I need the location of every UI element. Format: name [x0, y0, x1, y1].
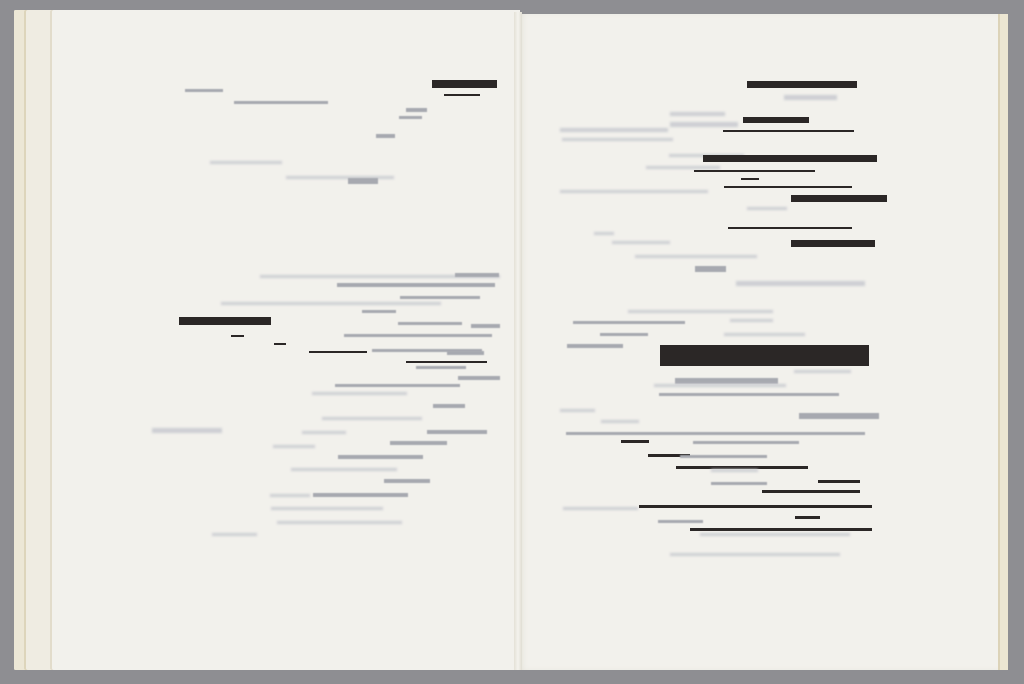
right-page	[518, 14, 1008, 670]
left-redaction-bar	[309, 351, 367, 353]
right-redaction-bar	[654, 384, 786, 387]
right-redaction-bar	[693, 441, 799, 444]
left-redaction-bar	[427, 430, 487, 434]
left-redaction-bar	[447, 351, 484, 355]
left-redaction-bar	[312, 392, 407, 395]
left-redaction-bar	[221, 302, 441, 305]
right-redaction-bar	[659, 393, 839, 396]
right-redaction-bar	[724, 333, 805, 336]
right-redaction-bar	[658, 520, 703, 523]
right-redaction-bar	[660, 345, 869, 366]
left-redaction-bar	[416, 366, 466, 369]
right-redaction-bar	[670, 122, 738, 127]
right-redaction-bar	[795, 516, 820, 519]
right-redaction-bar	[600, 333, 648, 336]
left-redaction-bar	[458, 376, 500, 380]
right-redaction-bar	[724, 186, 852, 188]
left-redaction-bar	[185, 89, 223, 92]
right-redaction-bar	[736, 281, 865, 286]
left-redaction-bar	[384, 479, 430, 483]
left-redaction-bar	[338, 455, 423, 459]
right-redaction-bar	[612, 241, 670, 244]
right-redaction-bar	[567, 344, 623, 348]
left-redaction-bar	[400, 296, 480, 299]
right-redaction-bar	[562, 138, 673, 141]
right-redaction-bar	[573, 321, 685, 324]
left-redaction-bar	[444, 94, 480, 96]
left-redaction-bar	[432, 80, 497, 88]
right-redaction-bar	[670, 112, 725, 116]
right-redaction-bar	[791, 240, 875, 247]
right-redaction-bar	[723, 130, 854, 132]
left-redaction-bar	[376, 134, 395, 138]
right-redaction-bar	[762, 490, 860, 493]
left-redaction-bar	[390, 441, 447, 445]
right-redaction-bar	[784, 95, 837, 100]
right-redaction-bar	[646, 166, 720, 169]
left-redaction-bar	[362, 310, 396, 313]
left-redaction-bar	[322, 417, 422, 420]
right-redaction-bar	[743, 117, 809, 123]
left-redaction-bar	[270, 494, 310, 497]
left-redaction-bar	[406, 361, 487, 363]
left-redaction-bar	[271, 507, 383, 510]
left-redaction-bar	[344, 334, 492, 337]
left-redaction-bar	[210, 161, 282, 164]
right-redaction-bar	[818, 480, 860, 483]
right-redaction-bar	[711, 482, 767, 485]
right-redaction-bar	[747, 207, 787, 210]
right-redaction-bar	[670, 553, 840, 556]
right-redaction-bar	[560, 128, 668, 132]
right-redaction-bar	[560, 409, 595, 412]
right-redaction-bar	[700, 533, 850, 536]
left-redaction-bar	[337, 283, 495, 287]
right-redaction-bar	[594, 232, 614, 235]
left-redaction-bar	[277, 521, 402, 524]
left-page	[14, 10, 520, 670]
left-redaction-bar	[274, 343, 286, 345]
right-redaction-bar	[747, 81, 857, 88]
left-redaction-bar	[399, 116, 422, 119]
right-redaction-bar	[690, 528, 872, 531]
left-redaction-bar	[302, 431, 346, 434]
left-redaction-bar	[471, 324, 500, 328]
right-redaction-bar	[635, 255, 757, 258]
left-redaction-bar	[313, 493, 408, 497]
right-redaction-bar	[728, 227, 852, 229]
right-redaction-bar	[694, 170, 815, 172]
right-redaction-bar	[560, 190, 708, 193]
left-redaction-bar	[234, 101, 328, 104]
left-redaction-bar	[291, 468, 397, 471]
left-redaction-bar	[212, 533, 257, 536]
right-redaction-bar	[566, 432, 865, 435]
right-redaction-bar	[639, 505, 872, 508]
right-redaction-bar	[703, 155, 877, 162]
left-redaction-bar	[273, 445, 315, 448]
left-redaction-bar	[455, 273, 499, 277]
left-redaction-bar	[398, 322, 462, 325]
left-redaction-bar	[348, 178, 378, 184]
book-gutter	[514, 12, 522, 670]
right-redaction-bar	[711, 469, 758, 472]
right-redaction-bar	[621, 440, 649, 443]
right-redaction-bar	[695, 266, 726, 272]
right-redaction-bar	[628, 310, 773, 313]
right-redaction-bar	[730, 319, 773, 322]
left-redaction-bar	[406, 108, 427, 112]
right-redaction-bar	[563, 507, 638, 510]
left-redaction-bar	[335, 384, 460, 387]
right-redaction-bar	[680, 455, 767, 458]
left-redaction-bar	[179, 317, 271, 325]
right-redaction-bar	[791, 195, 887, 202]
right-redaction-bar	[799, 413, 879, 419]
right-redaction-bar	[794, 370, 851, 373]
right-redaction-bar	[601, 420, 639, 423]
left-redaction-bar	[433, 404, 465, 408]
left-redaction-bar	[152, 428, 222, 433]
left-redaction-bar	[231, 335, 244, 337]
right-redaction-bar	[741, 178, 759, 180]
